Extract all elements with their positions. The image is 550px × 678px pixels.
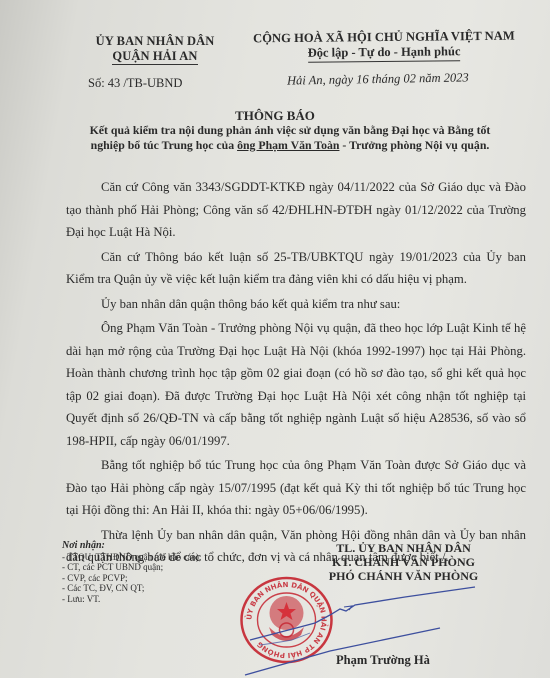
body-paragraph: Ủy ban nhân dân quận thông báo kết quả k… bbox=[66, 293, 526, 316]
national-motto: Độc lập - Tự do - Hạnh phúc bbox=[308, 44, 461, 63]
signature-line2: KT. CHÁNH VĂN PHÒNG bbox=[296, 555, 511, 569]
recipient-item: - TTQU, TTHĐND quận (để báo cáo); bbox=[62, 552, 201, 563]
body-paragraph: Ông Phạm Văn Toàn - Trưởng phòng Nội vụ … bbox=[66, 317, 526, 452]
issuer-block: ỦY BAN NHÂN DÂN QUẬN HẢI AN bbox=[70, 34, 240, 65]
body-paragraph: Căn cứ Thông báo kết luận số 25-TB/UBKTQ… bbox=[66, 246, 526, 291]
recipient-item: - Lưu: VT. bbox=[62, 594, 201, 605]
recipient-item: - Các TC, ĐV, CN QT; bbox=[62, 583, 201, 594]
signer-name: Phạm Trường Hà bbox=[336, 653, 430, 668]
document-page: ỦY BAN NHÂN DÂN QUẬN HẢI AN CỘNG HOÀ XÃ … bbox=[0, 0, 550, 678]
place-date: Hải An, ngày 16 tháng 02 năm 2023 bbox=[287, 70, 469, 88]
recipients-block: Nơi nhận: - TTQU, TTHĐND quận (để báo cá… bbox=[62, 541, 201, 605]
issuer-line1: ỦY BAN NHÂN DÂN bbox=[70, 34, 240, 49]
body-text: Căn cứ Công văn 3343/SGDDT-KTKĐ ngày 04/… bbox=[66, 176, 526, 569]
body-paragraph: Bằng tốt nghiệp bổ túc Trung học của ông… bbox=[66, 454, 526, 522]
document-subtitle: Kết quả kiểm tra nội dung phản ánh việc … bbox=[80, 123, 500, 152]
signature-line1: TL. ỦY BAN NHÂN DÂN bbox=[296, 541, 511, 555]
document-number: Số: 43 /TB-UBND bbox=[88, 76, 182, 91]
national-header: CỘNG HOÀ XÃ HỘI CHỦ NGHĨA VIỆT NAM Độc l… bbox=[224, 28, 544, 63]
recipient-item: - CT, các PCT UBND quận; bbox=[62, 562, 201, 573]
issuer-line2: QUẬN HẢI AN bbox=[112, 49, 197, 65]
body-paragraph: Căn cứ Công văn 3343/SGDDT-KTKĐ ngày 04/… bbox=[66, 176, 526, 244]
subtitle-underlined-name: ông Phạm Văn Toàn bbox=[237, 138, 339, 152]
document-title: THÔNG BÁO bbox=[0, 108, 550, 124]
recipients-heading: Nơi nhận: bbox=[62, 541, 201, 552]
recipient-item: - CVP, các PCVP; bbox=[62, 573, 201, 584]
subtitle-part2: - Trưởng phòng Nội vụ quận. bbox=[339, 138, 489, 152]
